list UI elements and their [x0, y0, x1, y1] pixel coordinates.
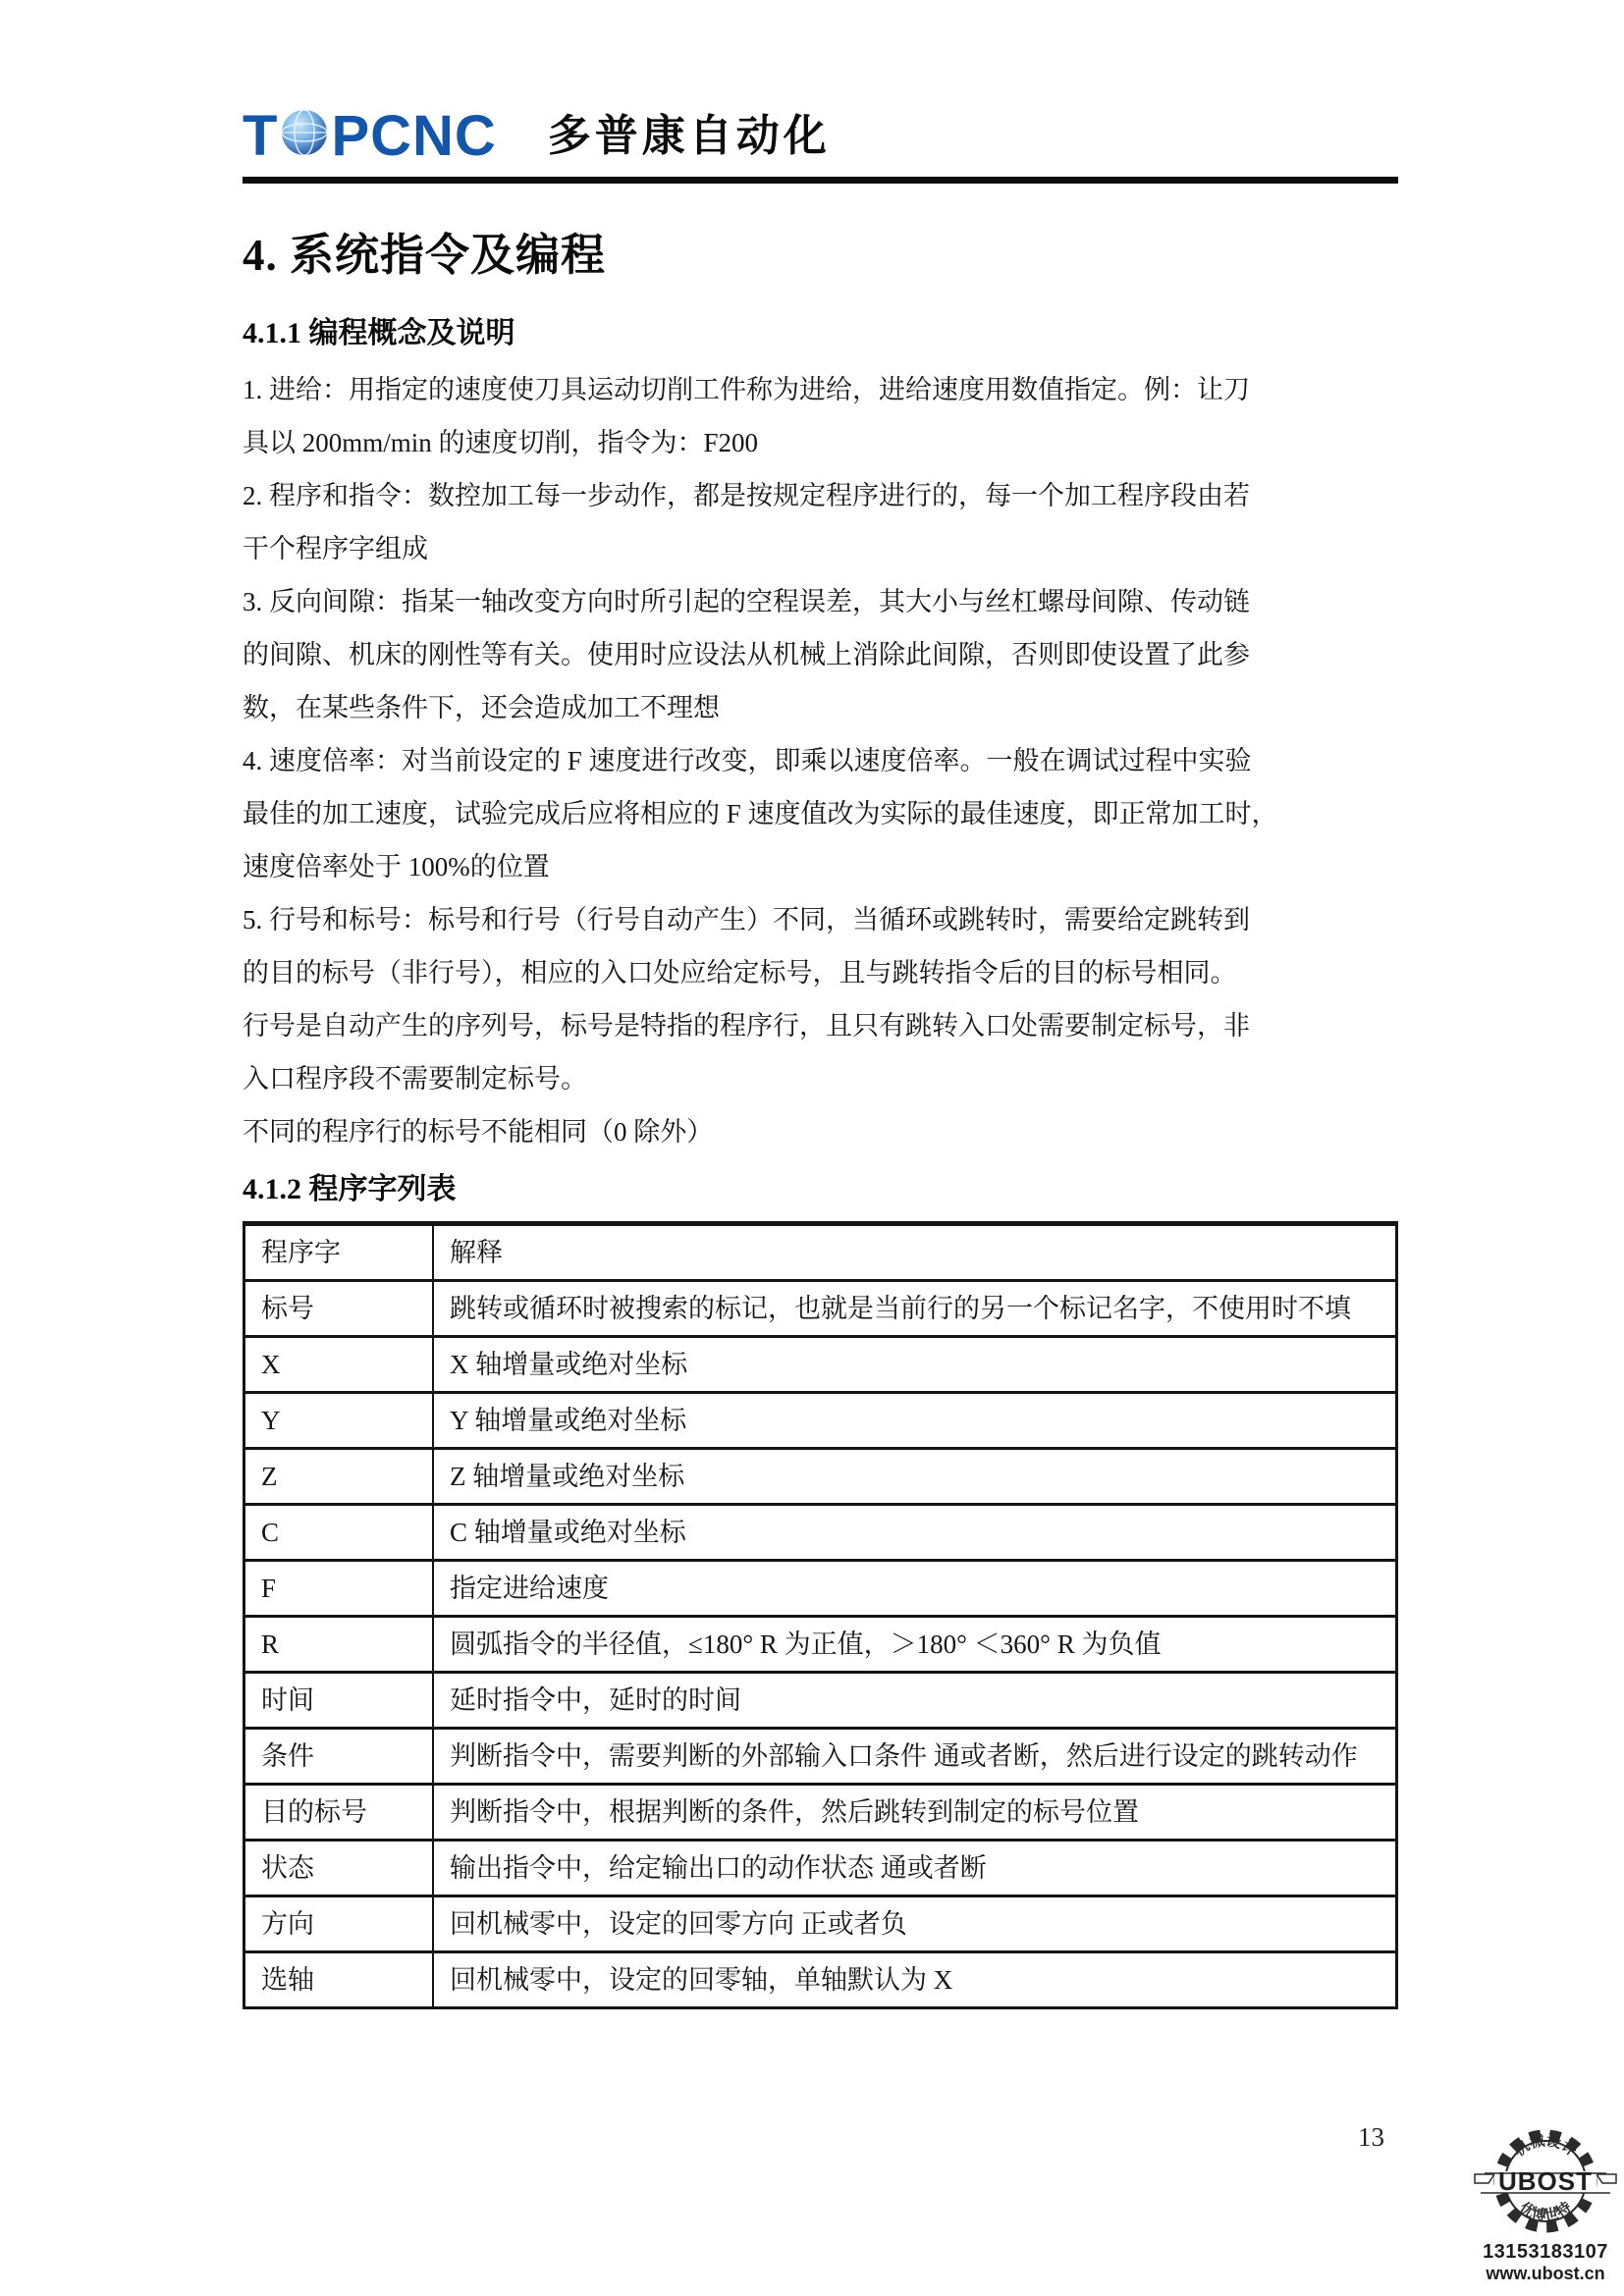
cell-explanation: 回机械零中，设定的回零轴，单轴默认为 X	[433, 1952, 1397, 2008]
logo-letter-t: T	[243, 108, 278, 165]
table-row: F 指定进给速度	[244, 1561, 1397, 1617]
cell-word: X	[244, 1337, 434, 1393]
body-line: 最佳的加工速度，试验完成后应将相应的 F 速度值改为实际的最佳速度，即正常加工时…	[243, 787, 1398, 840]
body-line: 不同的程序行的标号不能相同（0 除外）	[243, 1105, 1398, 1158]
cell-word: 时间	[244, 1673, 434, 1729]
table-row: X X 轴增量或绝对坐标	[244, 1337, 1397, 1393]
body-text: 1. 进给：用指定的速度使刀具运动切削工件称为进给，进给速度用数值指定。例：让刀…	[243, 363, 1398, 1158]
table-row: 标号 跳转或循环时被搜索的标记，也就是当前行的另一个标记名字，不使用时不填	[244, 1281, 1397, 1337]
logo-letters-pcnc: PCNC	[331, 108, 496, 165]
body-line: 5. 行号和标号：标号和行号（行号自动产生）不同，当循环或跳转时，需要给定跳转到	[243, 893, 1398, 946]
table-row: Z Z 轴增量或绝对坐标	[244, 1449, 1397, 1505]
table-row: Y Y 轴增量或绝对坐标	[244, 1393, 1397, 1449]
table-row: C C 轴增量或绝对坐标	[244, 1505, 1397, 1561]
cell-word: 选轴	[244, 1952, 434, 2008]
cell-explanation: 圆弧指令的半径值，≤180° R 为正值，＞180° ＜360° R 为负值	[433, 1617, 1397, 1673]
table-row: 目的标号 判断指令中，根据判断的条件，然后跳转到制定的标号位置	[244, 1785, 1397, 1841]
body-line: 数，在某些条件下，还会造成加工不理想	[243, 681, 1398, 734]
cell-explanation: 跳转或循环时被搜索的标记，也就是当前行的另一个标记名字，不使用时不填	[433, 1281, 1397, 1337]
body-line: 入口程序段不需要制定标号。	[243, 1052, 1398, 1105]
cell-word: F	[244, 1561, 434, 1617]
section-heading-411: 4.1.1 编程概念及说明	[243, 308, 1398, 351]
table-header-row: 程序字 解释	[244, 1224, 1397, 1281]
document-page: T	[0, 0, 1624, 2296]
cell-word: 目的标号	[244, 1785, 434, 1841]
cell-explanation: 回机械零中，设定的回零方向 正或者负	[433, 1896, 1397, 1952]
body-line: 的目的标号（非行号），相应的入口处应给定标号，且与跳转指令后的目的标号相同。	[243, 946, 1398, 999]
cell-word: 条件	[244, 1729, 434, 1785]
cell-explanation: X 轴增量或绝对坐标	[433, 1337, 1397, 1393]
body-line: 速度倍率处于 100%的位置	[243, 840, 1398, 893]
company-name: 多普康自动化	[548, 115, 831, 158]
body-line: 2. 程序和指令：数控加工每一步动作，都是按规定程序进行的，每一个加工程序段由若	[243, 469, 1398, 522]
column-header-explanation: 解释	[433, 1224, 1397, 1281]
cell-word: Z	[244, 1449, 434, 1505]
body-line: 的间隙、机床的刚性等有关。使用时应设法从机械上消除此间隙，否则即使设置了此参	[243, 628, 1398, 681]
stamp-phone: 13153183107	[1469, 2241, 1622, 2264]
table-row: 时间 延时指令中，延时的时间	[244, 1673, 1397, 1729]
cell-word: 标号	[244, 1281, 434, 1337]
cell-explanation: 延时指令中，延时的时间	[433, 1673, 1397, 1729]
stamp-brand-text: UBOST	[1498, 2166, 1593, 2196]
table-row: R 圆弧指令的半径值，≤180° R 为正值，＞180° ＜360° R 为负值	[244, 1617, 1397, 1673]
cell-word: 方向	[244, 1896, 434, 1952]
program-word-table: 程序字 解释 标号 跳转或循环时被搜索的标记，也就是当前行的另一个标记名字，不使…	[243, 1221, 1398, 2009]
gear-icon: 机械设计 UBOST 优博世特	[1472, 2126, 1619, 2236]
ubost-stamp: 机械设计 UBOST 优博世特 13153183107 www.ubost.cn	[1469, 2126, 1622, 2284]
body-line: 4. 速度倍率：对当前设定的 F 速度进行改变，即乘以速度倍率。一般在调试过程中…	[243, 734, 1398, 787]
globe-icon	[279, 106, 330, 167]
logo-row: T	[243, 106, 1398, 167]
table-row: 状态 输出指令中，给定输出口的动作状态 通或者断	[244, 1841, 1397, 1896]
table-row: 条件 判断指令中，需要判断的外部输入口条件 通或者断，然后进行设定的跳转动作	[244, 1729, 1397, 1785]
stamp-website: www.ubost.cn	[1469, 2264, 1622, 2284]
cell-word: 状态	[244, 1841, 434, 1896]
table-row: 选轴 回机械零中，设定的回零轴，单轴默认为 X	[244, 1952, 1397, 2008]
page-number: 13	[1358, 2122, 1384, 2153]
body-line: 3. 反向间隙：指某一轴改变方向时所引起的空程误差，其大小与丝杠螺母间隙、传动链	[243, 575, 1398, 628]
page-title: 4. 系统指令及编程	[243, 219, 1398, 283]
column-header-word: 程序字	[244, 1224, 434, 1281]
cell-explanation: 指定进给速度	[433, 1561, 1397, 1617]
cell-explanation: 判断指令中，需要判断的外部输入口条件 通或者断，然后进行设定的跳转动作	[433, 1729, 1397, 1785]
section-heading-412: 4.1.2 程序字列表	[243, 1164, 1398, 1207]
cell-word: Y	[244, 1393, 434, 1449]
cell-word: R	[244, 1617, 434, 1673]
body-line: 干个程序字组成	[243, 522, 1398, 575]
body-line: 1. 进给：用指定的速度使刀具运动切削工件称为进给，进给速度用数值指定。例：让刀	[243, 363, 1398, 416]
cell-word: C	[244, 1505, 434, 1561]
cell-explanation: C 轴增量或绝对坐标	[433, 1505, 1397, 1561]
header-divider	[243, 177, 1398, 184]
table-row: 方向 回机械零中，设定的回零方向 正或者负	[244, 1896, 1397, 1952]
cell-explanation: Y 轴增量或绝对坐标	[433, 1393, 1397, 1449]
body-line: 具以 200mm/min 的速度切削，指令为：F200	[243, 416, 1398, 469]
cell-explanation: Z 轴增量或绝对坐标	[433, 1449, 1397, 1505]
cell-explanation: 判断指令中，根据判断的条件，然后跳转到制定的标号位置	[433, 1785, 1397, 1841]
cell-explanation: 输出指令中，给定输出口的动作状态 通或者断	[433, 1841, 1397, 1896]
body-line: 行号是自动产生的序列号，标号是特指的程序行，且只有跳转入口处需要制定标号，非	[243, 999, 1398, 1052]
page-header: T	[243, 0, 1398, 184]
topcnc-logo: T	[243, 106, 497, 167]
